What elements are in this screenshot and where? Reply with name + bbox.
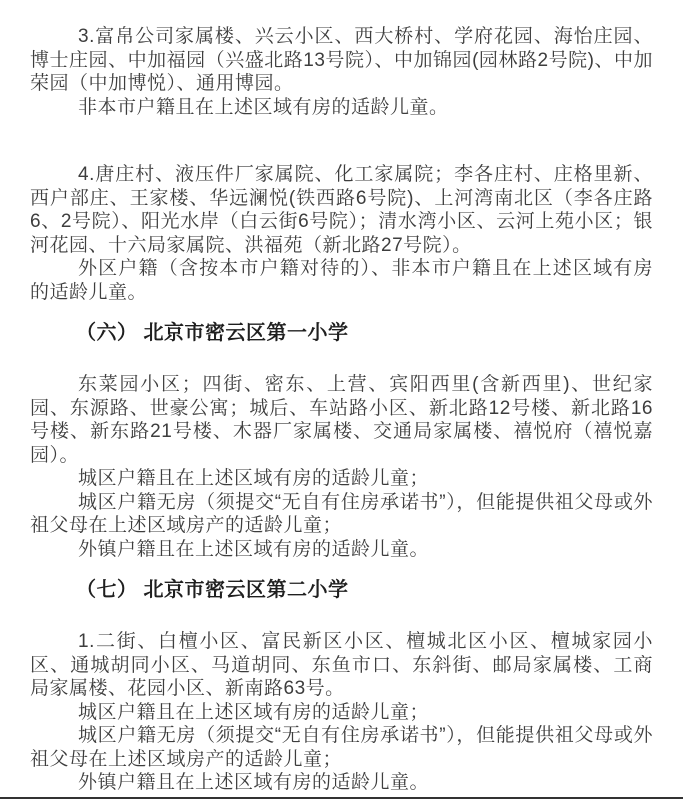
- paragraph-school6-housing-list: 东菜园小区；四街、密东、上营、宾阳西里(含新西里)、世纪家园、东源路、世豪公寓；…: [30, 373, 653, 467]
- paragraph-school7-eligibility-1: 城区户籍且在上述区域有房的适龄儿童；: [30, 701, 653, 725]
- paragraph-zone3-housing-list: 3.富帛公司家属楼、兴云小区、西大桥村、学府花园、海怡庄园、博士庄园、中加福园（…: [30, 25, 653, 96]
- paragraph-school6-eligibility-2: 城区户籍无房（须提交“无自有住房承诺书”），但能提供祖父母或外祖父母在上述区域房…: [30, 491, 653, 538]
- document-page: 3.富帛公司家属楼、兴云小区、西大桥村、学府花园、海怡庄园、博士庄园、中加福园（…: [0, 0, 683, 805]
- paragraph-zone4-eligibility: 外区户籍（含按本市户籍对待的）、非本市户籍且在上述区域有房的适龄儿童。: [30, 257, 653, 304]
- document-content: 3.富帛公司家属楼、兴云小区、西大桥村、学府花园、海怡庄园、博士庄园、中加福园（…: [0, 0, 683, 795]
- bottom-border-line: [0, 797, 683, 799]
- paragraph-zone4-housing-list: 4.唐庄村、液压件厂家属院、化工家属院；李各庄村、庄格里新、西户部庄、王家楼、华…: [30, 163, 653, 257]
- paragraph-school6-eligibility-3: 外镇户籍且在上述区域有房的适龄儿童。: [30, 538, 653, 562]
- paragraph-school7-eligibility-2: 城区户籍无房（须提交“无自有住房承诺书”），但能提供祖父母或外祖父母在上述区域房…: [30, 724, 653, 771]
- section-heading-school-7: （七） 北京市密云区第二小学: [30, 578, 653, 602]
- paragraph-school7-eligibility-3: 外镇户籍且在上述区域有房的适龄儿童。: [30, 771, 653, 795]
- paragraph-zone3-eligibility: 非本市户籍且在上述区域有房的适龄儿童。: [30, 96, 653, 120]
- paragraph-school6-eligibility-1: 城区户籍且在上述区域有房的适龄儿童；: [30, 467, 653, 491]
- paragraph-school7-housing-list: 1.二街、白檀小区、富民新区小区、檀城北区小区、檀城家园小区、通城胡同小区、马道…: [30, 630, 653, 701]
- section-heading-school-6: （六） 北京市密云区第一小学: [30, 321, 653, 345]
